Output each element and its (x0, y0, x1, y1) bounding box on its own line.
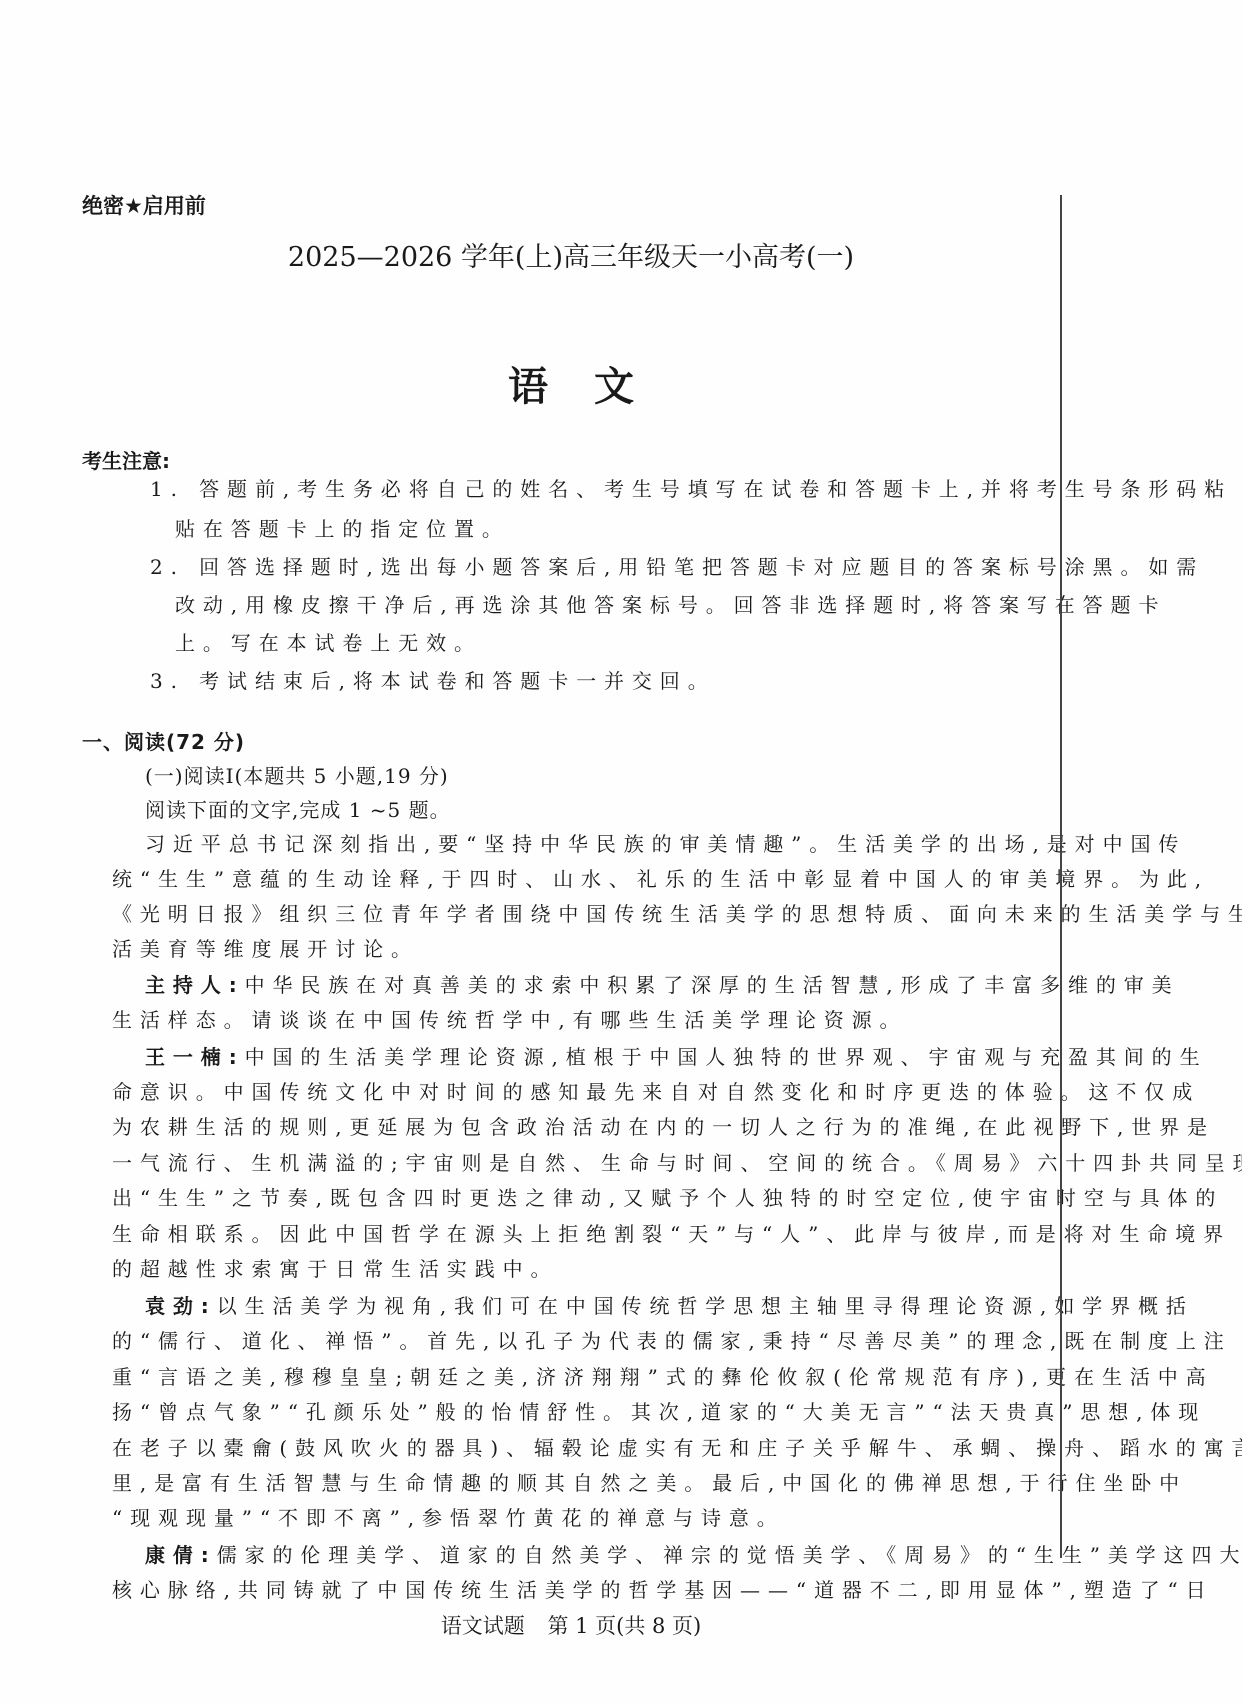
wang-line-2: 命意识。中国传统文化中对时间的感知最先来自对自然变化和时序更迭的体验。这不仅成 (112, 1075, 1200, 1109)
notice-item-2-line-2: 改动,用橡皮擦干净后,再选涂其他答案标号。回答非选择题时,将答案写在答题卡 (175, 588, 1166, 622)
wang-text: 中国的生活美学理论资源,植根于中国人独特的世界观、宇宙观与充盈其间的生 (245, 1045, 1208, 1069)
speaker-kang: 康倩: (145, 1543, 217, 1567)
notice-item-2-line-1: 2. 回答选择题时,选出每小题答案后,用铅笔把答题卡对应题目的答案标号涂黑。如需 (150, 550, 1204, 584)
notice-item-1-line-1: 1. 答题前,考生务必将自己的姓名、考生号填写在试卷和答题卡上,并将考生号条形码… (150, 472, 1232, 506)
wang-line-5: 出“生生”之节奏,既包含四时更迭之律动,又赋予个人独特的时空定位,使宇宙时空与具… (112, 1181, 1223, 1215)
footer-page-number: 第 1 页(共 8 页) (547, 1614, 701, 1638)
yuan-line-5: 在老子以橐龠(鼓风吹火的器具)、辐毂论虚实有无和庄子关乎解牛、承蜩、操舟、蹈水的… (112, 1431, 1242, 1465)
speaker-yuan: 袁劲: (145, 1294, 217, 1318)
wang-line-7: 的超越性求索寓于日常生活实践中。 (112, 1252, 558, 1286)
notice-item-1-line-2: 贴在答题卡上的指定位置。 (175, 512, 510, 546)
yuan-line-4: 扬“曾点气象”“孔颜乐处”般的怡情舒性。其次,道家的“大美无言”“法天贵真”思想… (112, 1395, 1206, 1429)
notice-heading: 考生注意: (82, 445, 170, 474)
intro-line-2: 统“生生”意蕴的生动诠释,于四时、山水、礼乐的生活中彰显着中国人的审美境界。为此… (112, 862, 1209, 896)
confidential-mark: 绝密★启用前 (82, 190, 206, 220)
speaker-host: 主持人: (145, 973, 245, 997)
kang-text: 儒家的伦理美学、道家的自然美学、禅宗的觉悟美学、《周易》的“生生”美学这四大 (217, 1543, 1242, 1567)
speaker-wang: 王一楠: (145, 1045, 245, 1069)
yuan-text: 以生活美学为视角,我们可在中国传统哲学思想主轴里寻得理论资源,如学界概括 (217, 1294, 1194, 1318)
intro-line-3: 《光明日报》组织三位青年学者围绕中国传统生活美学的思想特质、面向未来的生活美学与… (112, 897, 1242, 931)
yuan-line-2: 的“儒行、道化、禅悟”。首先,以孔子为代表的儒家,秉持“尽善尽美”的理念,既在制… (112, 1324, 1232, 1358)
wang-line-6: 生命相联系。因此中国哲学在源头上拒绝割裂“天”与“人”、此岸与彼岸,而是将对生命… (112, 1217, 1231, 1251)
host-line-2: 生活样态。请谈谈在中国传统哲学中,有哪些生活美学理论资源。 (112, 1003, 907, 1037)
binding-margin-rule (1060, 195, 1062, 1558)
kang-line-1: 康倩:儒家的伦理美学、道家的自然美学、禅宗的觉悟美学、《周易》的“生生”美学这四… (145, 1538, 1242, 1572)
host-text: 中华民族在对真善美的求索中积累了深厚的生活智慧,形成了丰富多维的审美 (245, 973, 1180, 997)
wang-line-1: 王一楠:中国的生活美学理论资源,植根于中国人独特的世界观、宇宙观与充盈其间的生 (145, 1040, 1207, 1074)
notice-item-2-line-3: 上。写在本试卷上无效。 (175, 626, 482, 660)
yuan-line-7: “现观现量”“不即不离”,参悟翠竹黄花的禅意与诗意。 (112, 1501, 785, 1535)
exam-title: 2025—2026 学年(上)高三年级天一小高考(一) (0, 235, 1142, 274)
wang-line-3: 为农耕生活的规则,更延展为包含政治活动在内的一切人之行为的准绳,在此视野下,世界… (112, 1110, 1215, 1144)
notice-item-3-line-1: 3. 考试结束后,将本试卷和答题卡一并交回。 (150, 664, 716, 698)
host-line-1: 主持人:中华民族在对真善美的求索中积累了深厚的生活智慧,形成了丰富多维的审美 (145, 968, 1180, 1002)
subsection-heading: (一)阅读Ⅰ(本题共 5 小题,19 分) (145, 759, 449, 793)
page-footer: 语文试题 第 1 页(共 8 页) (0, 1610, 1142, 1640)
yuan-line-3: 重“言语之美,穆穆皇皇;朝廷之美,济济翔翔”式的彝伦攸叙(伦常规范有序),更在生… (112, 1360, 1214, 1394)
yuan-line-1: 袁劲:以生活美学为视角,我们可在中国传统哲学思想主轴里寻得理论资源,如学界概括 (145, 1289, 1194, 1323)
kang-line-2: 核心脉络,共同铸就了中国传统生活美学的哲学基因——“道器不二,即用显体”,塑造了… (112, 1573, 1214, 1607)
section-heading: 一、阅读(72 分) (82, 725, 245, 759)
reading-instruction: 阅读下面的文字,完成 1 ~5 题。 (145, 793, 451, 827)
intro-line-1: 习近平总书记深刻指出,要“坚持中华民族的审美情趣”。生活美学的出场,是对中国传 (145, 827, 1186, 861)
intro-line-4: 活美育等维度展开讨论。 (112, 932, 419, 966)
footer-subject: 语文试题 (441, 1614, 525, 1638)
subject-title: 语文 (0, 355, 1142, 412)
wang-line-4: 一气流行、生机满溢的;宇宙则是自然、生命与时间、空间的统合。《周易》六十四卦共同… (112, 1146, 1242, 1180)
yuan-line-6: 里,是富有生活智慧与生命情趣的顺其自然之美。最后,中国化的佛禅思想,于行住坐卧中 (112, 1466, 1187, 1500)
